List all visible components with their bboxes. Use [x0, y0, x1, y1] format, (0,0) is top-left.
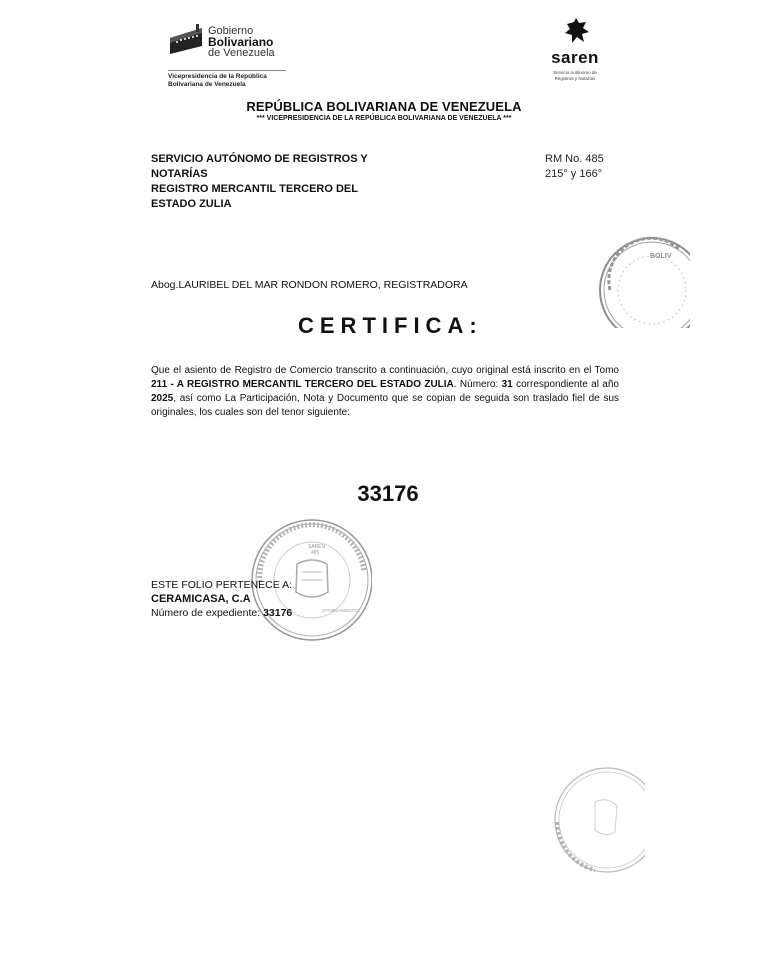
folio-block: ESTE FOLIO PERTENECE A: CERAMICASA, C.A …	[151, 578, 292, 620]
body-part4: , así como La Participación, Nota y Docu…	[151, 393, 619, 418]
expediente-value: 33176	[263, 607, 292, 619]
body-part2: . Número:	[454, 379, 502, 390]
expediente-label: Número de expediente:	[151, 607, 263, 619]
body-anio: 2025	[151, 393, 173, 404]
svg-text:OTORGAMIENTO: OTORGAMIENTO	[322, 608, 359, 613]
years: 215° y 166°	[545, 167, 604, 182]
saren-subtitle: Servicio Autónomo de Registros y Notaría…	[540, 70, 610, 81]
certification-body: Que el asiento de Registro de Comercio t…	[151, 364, 619, 420]
folio-company: CERAMICASA, C.A	[151, 592, 292, 606]
folio-label: ESTE FOLIO PERTENECE A:	[151, 578, 292, 592]
document-title: REPÚBLICA BOLIVARIANA DE VENEZUELA	[0, 99, 768, 114]
org-line2: NOTARÍAS	[151, 167, 391, 182]
gobierno-subtitle: Vicepresidencia de la República Bolivari…	[168, 70, 286, 89]
saren-wordmark: saren	[540, 48, 610, 68]
gobierno-bolivariano-logo: Gobierno Bolivariano de Venezuela Vicepr…	[166, 22, 296, 90]
certifica-heading: CERTIFICA:	[298, 313, 483, 339]
rm-number: RM No. 485	[545, 152, 604, 167]
gobierno-sub2: Bolivariana de Venezuela	[168, 81, 286, 89]
saren-mark-icon	[564, 18, 590, 44]
venezuela-flag-icon	[168, 24, 204, 56]
reference-block: RM No. 485 215° y 166°	[545, 152, 604, 182]
body-part3: correspondiente al año	[513, 379, 619, 390]
registrar-name: Abog.LAURIBEL DEL MAR RONDON ROMERO, REG…	[151, 279, 468, 291]
saren-logo: saren Servicio Autónomo de Registros y N…	[540, 18, 610, 84]
svg-text:485: 485	[311, 550, 320, 556]
document-subtitle: *** VICEPRESIDENCIA DE LA REPÚBLICA BOLI…	[0, 115, 768, 122]
official-stamp-bottom-right	[545, 762, 645, 877]
org-line1: SERVICIO AUTÓNOMO DE REGISTROS Y	[151, 152, 391, 167]
gobierno-logo-text: Gobierno Bolivariano de Venezuela	[208, 26, 275, 59]
svg-text:BOLIV: BOLIV	[650, 253, 672, 260]
body-numero: 31	[502, 379, 513, 390]
official-stamp-center: SAREN 485 OTORGAMIENTO	[232, 512, 372, 642]
org-line4: ESTADO ZULIA	[151, 197, 391, 212]
saren-sub2: Registros y Notarías	[540, 76, 610, 82]
gobierno-sub1: Vicepresidencia de la República	[168, 73, 286, 81]
body-part1: Que el asiento de Registro de Comercio t…	[151, 365, 619, 376]
folio-number: 33176	[0, 481, 768, 507]
body-tomo: 211 - A REGISTRO MERCANTIL TERCERO DEL E…	[151, 379, 454, 390]
org-line3: REGISTRO MERCANTIL TERCERO DEL	[151, 182, 391, 197]
official-stamp-top-right: BOLIV	[590, 228, 690, 328]
organization-block: SERVICIO AUTÓNOMO DE REGISTROS Y NOTARÍA…	[151, 152, 391, 212]
folio-expediente: Número de expediente: 33176	[151, 606, 292, 620]
gobierno-line3: de Venezuela	[208, 48, 275, 59]
